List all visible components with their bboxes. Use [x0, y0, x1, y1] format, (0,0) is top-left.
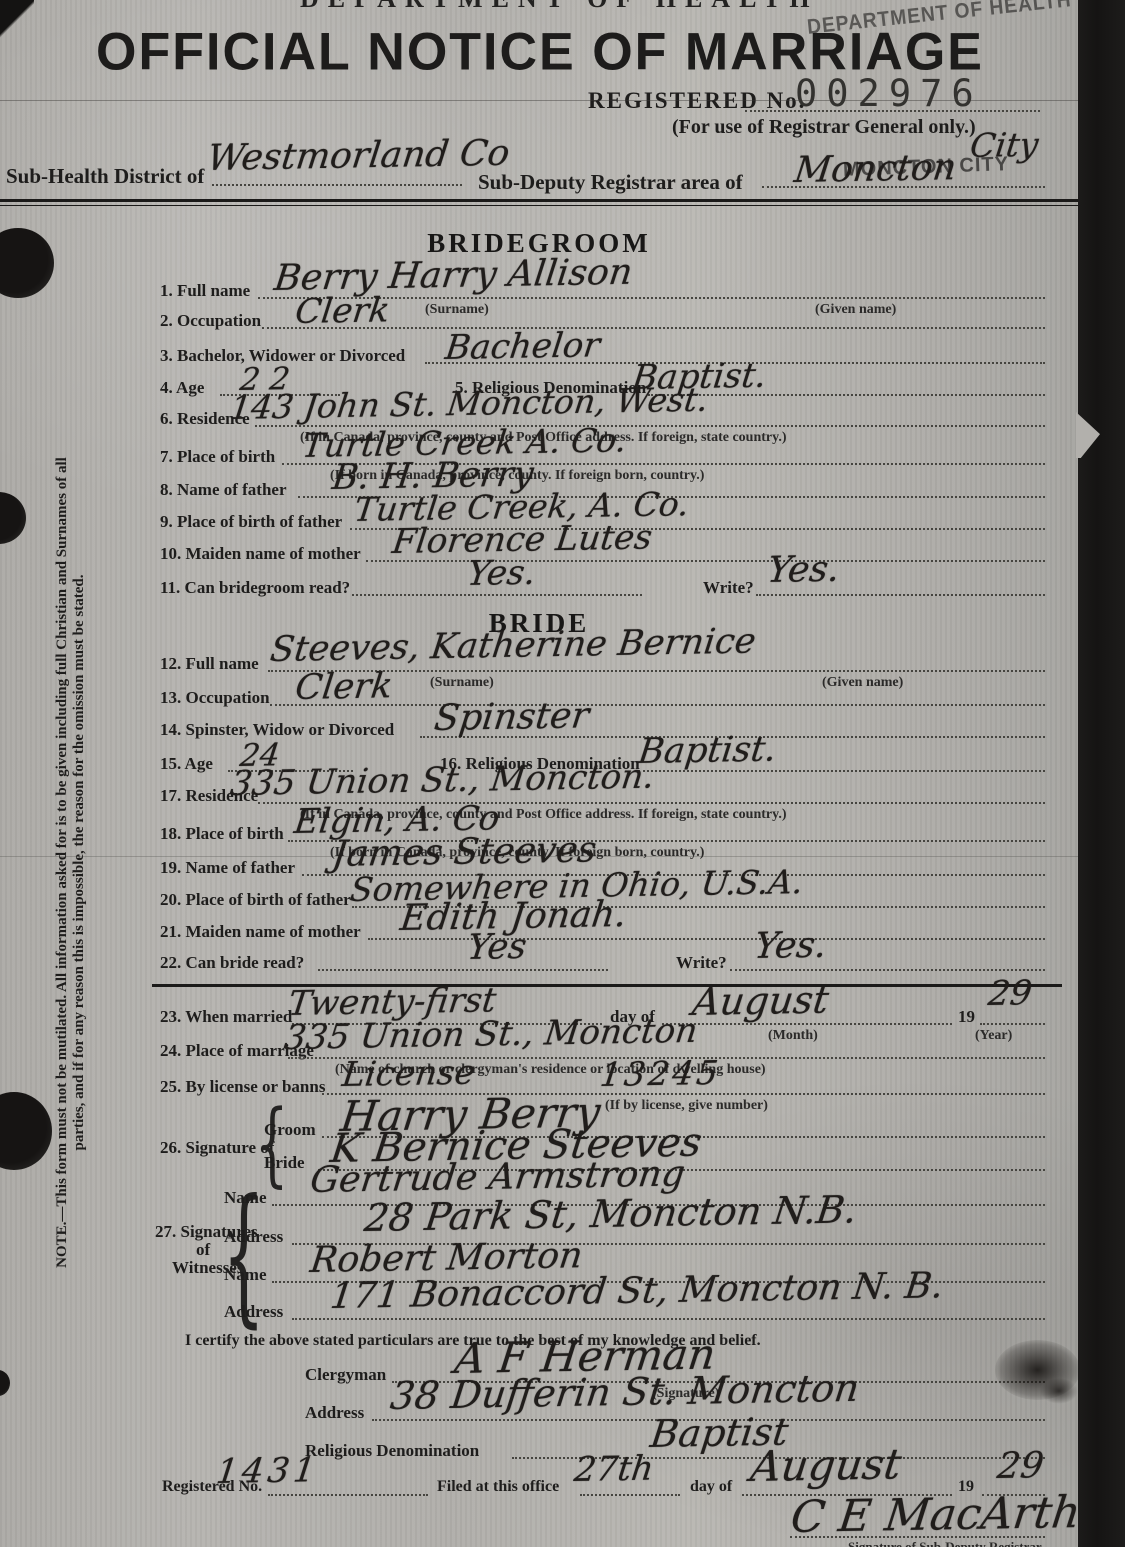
field-22-label: 22. Can bride read?	[160, 953, 304, 973]
month-caption: (Month)	[768, 1028, 818, 1044]
field-25-label: 25. By license or banns	[160, 1077, 325, 1097]
field-22-value: Yes	[465, 927, 529, 968]
registered-no-value: 002976	[795, 72, 983, 115]
district-line	[212, 184, 462, 186]
footer-year-value: 29	[995, 1445, 1046, 1487]
punch-hole-bottom	[0, 1092, 52, 1170]
field-9-label: 9. Place of birth of father	[160, 512, 342, 532]
clergy-denom-label: Religious Denomination	[305, 1441, 479, 1461]
field-11-write-label: Write?	[703, 578, 754, 598]
field-22-write-value: Yes.	[752, 925, 829, 967]
field-11-write-value: Yes.	[765, 549, 842, 591]
field-24-value: 335 Union St., Moncton	[282, 1011, 700, 1058]
field-20-label: 20. Place of birth of father	[160, 890, 351, 910]
field-12-label: 12. Full name	[160, 654, 259, 674]
field-11-value: Yes.	[465, 553, 538, 594]
field-8-label: 8. Name of father	[160, 480, 287, 500]
field-13-label: 13. Occupation	[160, 688, 270, 708]
clergyman-label: Clergyman	[305, 1365, 386, 1385]
scan-crease-1	[0, 100, 1078, 101]
field-23-label: 23. When married	[160, 1007, 292, 1027]
deputy-area-label: Sub-Deputy Registrar area of	[478, 170, 743, 195]
paper-sheet: DEPARTMENT OF HEALTH DEPARTMENT OF HEALT…	[0, 0, 1078, 1547]
witness1-addr-label: Address	[224, 1227, 283, 1247]
scanned-marriage-form: DEPARTMENT OF HEALTH DEPARTMENT OF HEALT…	[0, 0, 1125, 1547]
header-rule-thick	[0, 199, 1078, 202]
registrar-sig-caption: Signature of Sub-Deputy Registrar	[848, 1539, 1042, 1547]
field-11-label: 11. Can bridegroom read?	[160, 578, 350, 598]
year-line	[980, 1023, 1045, 1025]
field-12-value: Steeves, Katherine Bernice	[268, 622, 758, 670]
corner-shadow	[0, 0, 34, 42]
field-11-write-line	[756, 594, 1045, 596]
license-number-value: 13245	[598, 1053, 723, 1094]
given-name-caption-bride: (Given name)	[822, 675, 903, 691]
witness2-name-label: Name	[224, 1265, 266, 1285]
field-13-value: Clerk	[293, 666, 395, 708]
field-11-line	[352, 594, 642, 596]
footer-day-of-label: day of	[690, 1478, 732, 1496]
deputy-area-value2: City	[968, 125, 1041, 165]
field-25-caption: (If by license, give number)	[605, 1098, 768, 1114]
field-4-label: 4. Age	[160, 378, 204, 398]
department-top-text: DEPARTMENT OF HEALTH	[300, 0, 819, 14]
witness1-addr-value: 28 Park St, Moncton N.B.	[362, 1187, 859, 1240]
ink-blot-2	[1040, 1378, 1078, 1404]
field-27-label-line2: of	[196, 1240, 210, 1260]
district-label: Sub-Health District of	[6, 164, 204, 189]
footer-month-value: August	[748, 1439, 904, 1491]
deputy-area-line	[762, 186, 1045, 188]
filed-label: Filed at this office	[437, 1478, 559, 1496]
surname-caption-groom: (Surname)	[425, 302, 489, 318]
marriage-section-rule	[152, 984, 1062, 987]
field-19-label: 19. Name of father	[160, 858, 295, 878]
punch-hole-mid	[0, 492, 26, 544]
field-14-value: Spinster	[432, 695, 591, 739]
field-25-value: License	[340, 1053, 477, 1095]
field-3-value: Bachelor	[443, 325, 602, 368]
filed-line	[580, 1494, 680, 1496]
side-note-line2: parties, and if for any reason this is i…	[71, 395, 88, 1330]
registrar-signature: C E MacArthur	[788, 1486, 1078, 1543]
field-16-value: Baptist.	[636, 730, 779, 772]
year-caption: (Year)	[975, 1028, 1012, 1044]
scan-border-right	[1078, 0, 1125, 1547]
field-6-value: 143 John St. Moncton, West.	[228, 380, 711, 427]
bride-sig-label: Bride	[264, 1153, 305, 1173]
field-21-label: 21. Maiden name of mother	[160, 922, 361, 942]
given-name-caption-groom: (Given name)	[815, 302, 896, 318]
field-22-write-label: Write?	[676, 953, 727, 973]
footer-registered-value: 1431	[214, 1450, 322, 1492]
year-prefix: 19	[958, 1007, 975, 1027]
witness2-addr-line	[292, 1318, 1045, 1320]
deputy-area-value: Moncton	[792, 147, 959, 191]
field-2-value: Clerk	[293, 290, 392, 332]
punch-hole-small	[0, 1370, 10, 1396]
surname-caption-bride: (Surname)	[430, 675, 494, 691]
field-1-label: 1. Full name	[160, 281, 250, 301]
registrar-only-note: (For use of Registrar General only.)	[672, 116, 976, 139]
field-22-line	[318, 969, 608, 971]
field-2-label: 2. Occupation	[160, 311, 261, 331]
registered-no-line	[745, 110, 1040, 112]
header-rule-thin	[0, 205, 1078, 206]
clergy-address-label: Address	[305, 1403, 364, 1423]
filed-value: 27th	[572, 1449, 656, 1490]
groom-sig-label: Groom	[264, 1120, 316, 1140]
side-note-line1: NOTE.—This form must not be mutilated. A…	[54, 395, 71, 1330]
field-18-label: 18. Place of birth	[160, 824, 284, 844]
district-value: Westmorland Co	[205, 133, 512, 179]
field-15-label: 15. Age	[160, 754, 213, 774]
month-value: August	[690, 978, 831, 1024]
witness2-addr-label: Address	[224, 1302, 283, 1322]
year-value: 29	[986, 973, 1034, 1014]
field-17-value: 335 Union St., Moncton.	[228, 757, 657, 804]
witness1-name-label: Name	[224, 1188, 266, 1208]
field-10-label: 10. Maiden name of mother	[160, 544, 361, 564]
field-22-write-line	[730, 969, 1045, 971]
field-7-label: 7. Place of birth	[160, 447, 275, 467]
footer-registered-line	[268, 1494, 428, 1496]
